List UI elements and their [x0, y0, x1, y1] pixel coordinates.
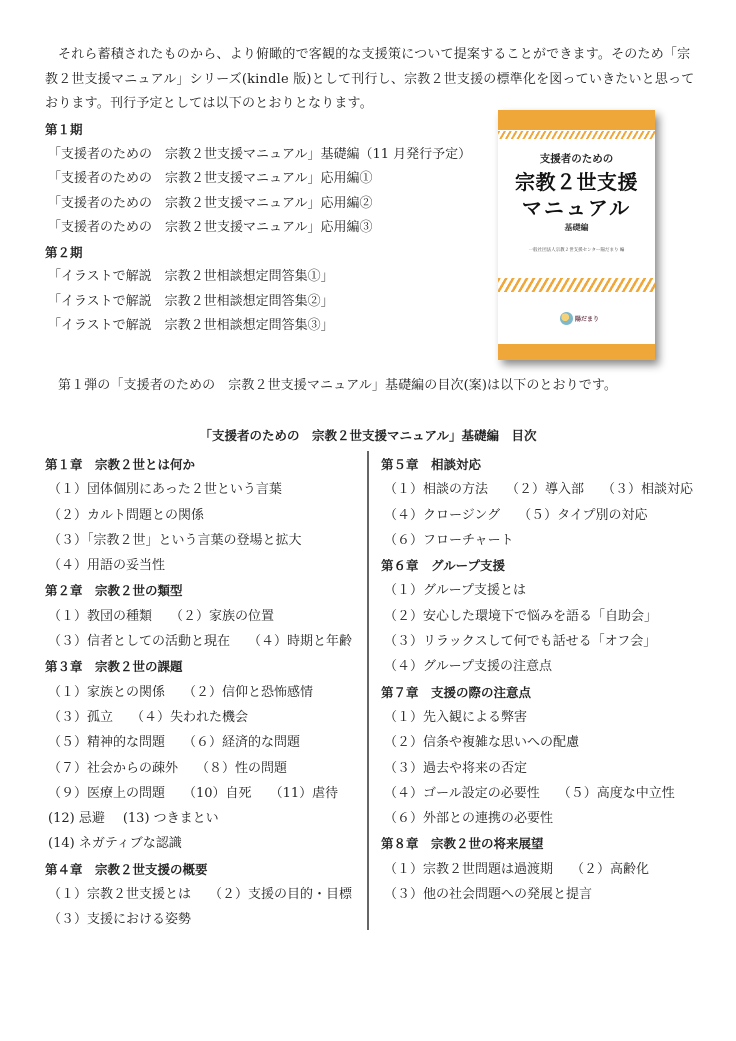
cover-bottom-band	[498, 344, 655, 360]
section-item: （５）精神的な問題	[48, 735, 165, 750]
section-item: （３）過去や将来の否定	[384, 761, 527, 776]
section-item: （２）導入部	[506, 482, 584, 497]
chapter-heading: 第８章 宗教２世の将来展望	[381, 831, 711, 856]
section-row: (14) ネガティブな認識	[45, 831, 365, 856]
section-item: （１）家族との関係	[48, 685, 165, 700]
section-item: （４）時期と年齢	[248, 634, 352, 649]
section-item: （１）先入観による弊害	[384, 710, 527, 725]
lead-sentence: 第１弾の「支援者のための 宗教２世支援マニュアル」基礎編の目次(案)は以下のとお…	[58, 374, 617, 393]
section-item: (12) 忌避	[48, 811, 105, 826]
cover-publisher: 一般社団法人宗教２世支援センター陽だまり 編	[498, 247, 655, 253]
section-item: （４）ゴール設定の必要性	[384, 786, 540, 801]
section-row: (12) 忌避(13) つきまとい	[45, 806, 365, 831]
section-item: （９）医療上の問題	[48, 786, 165, 801]
section-row: （５）精神的な問題（６）経済的な問題	[45, 730, 365, 755]
section-item: (13) つきまとい	[123, 811, 219, 826]
section-item: （５）高度な中立性	[558, 786, 675, 801]
section-row: （２）安心した環境下で悩みを語る「自助会」	[381, 604, 711, 629]
section-row: （３）信者としての活動と現在（４）時期と年齢	[45, 629, 365, 654]
schedule-item: 「支援者のための 宗教２世支援マニュアル」応用編②	[45, 192, 485, 217]
section-item: （２）家族の位置	[170, 609, 274, 624]
section-item: （８）性の問題	[196, 761, 287, 776]
cover-subtitle: 支援者のための	[498, 151, 655, 166]
schedule-item: 「支援者のための 宗教２世支援マニュアル」基礎編（11 月発行予定）	[45, 143, 485, 168]
book-cover-image: 支援者のための 宗教２世支援 マニュアル 基礎編 一般社団法人宗教２世支援センタ…	[498, 110, 655, 360]
section-item: （10）自死	[183, 786, 252, 801]
section-item: （３）相談対応	[602, 482, 693, 497]
toc-left-column: 第１章 宗教２世とは何か（１）団体個別にあった２世という言葉（２）カルト問題との…	[45, 452, 365, 933]
section-item: （６）フローチャート	[384, 533, 514, 548]
section-row: （２）カルト問題との関係	[45, 503, 365, 528]
schedule-item: 「支援者のための 宗教２世支援マニュアル」応用編①	[45, 167, 485, 192]
sun-logo-icon	[560, 312, 573, 325]
cover-title: 宗教２世支援	[498, 166, 655, 195]
section-row: （３）過去や将来の否定	[381, 756, 711, 781]
section-row: （３）孤立（４）失われた機会	[45, 705, 365, 730]
section-item: （２）安心した環境下で悩みを語る「自助会」	[384, 609, 657, 624]
section-item: （３）他の社会問題への発展と提言	[384, 887, 592, 902]
section-row: （１）宗教２世問題は過渡期（２）高齢化	[381, 857, 711, 882]
section-row: （３）支援における姿勢	[45, 907, 365, 932]
section-item: （１）宗教２世問題は過渡期	[384, 862, 553, 877]
section-row: （１）家族との関係（２）信仰と恐怖感情	[45, 680, 365, 705]
period-label: 第１期	[45, 118, 485, 143]
chapter-heading: 第２章 宗教２世の類型	[45, 578, 365, 603]
schedule-item: 「イラストで解説 宗教２世相談想定問答集①」	[45, 265, 485, 290]
chapter-heading: 第３章 宗教２世の課題	[45, 654, 365, 679]
section-row: （９）医療上の問題（10）自死（11）虐待	[45, 781, 365, 806]
section-row: （４）クロージング（５）タイプ別の対応	[381, 503, 711, 528]
section-item: （３）支援における姿勢	[48, 912, 191, 927]
section-item: （２）カルト問題との関係	[48, 508, 204, 523]
section-row: （１）宗教２世支援とは（２）支援の目的・目標	[45, 882, 365, 907]
section-row: （１）グループ支援とは	[381, 578, 711, 603]
section-item: （４）グループ支援の注意点	[384, 659, 552, 674]
intro-text: それら蓄積されたものから、より俯瞰的で客観的な支援策について提案することができま…	[45, 43, 695, 117]
section-item: （３）「宗教２世」という言葉の登場と拡大	[48, 533, 302, 548]
section-row: （７）社会からの疎外（８）性の問題	[45, 756, 365, 781]
section-item: (14) ネガティブな認識	[48, 836, 182, 851]
section-item: （１）グループ支援とは	[384, 583, 526, 598]
section-item: （６）経済的な問題	[183, 735, 300, 750]
publication-schedule: 第１期 「支援者のための 宗教２世支援マニュアル」基礎編（11 月発行予定） 「…	[45, 118, 485, 339]
section-row: （６）フローチャート	[381, 528, 711, 553]
publisher-logo: 陽だまり	[560, 311, 600, 327]
section-row: （３）「宗教２世」という言葉の登場と拡大	[45, 528, 365, 553]
schedule-item: 「イラストで解説 宗教２世相談想定問答集②」	[45, 290, 485, 315]
section-row: （１）教団の種類（２）家族の位置	[45, 604, 365, 629]
section-row: （４）ゴール設定の必要性（５）高度な中立性	[381, 781, 711, 806]
section-row: （３）リラックスして何でも話せる「オフ会」	[381, 629, 711, 654]
cover-title-line2: マニュアル	[498, 192, 655, 221]
cover-edition: 基礎編	[498, 222, 655, 233]
chapter-heading: 第４章 宗教２世支援の概要	[45, 857, 365, 882]
section-row: （４）用語の妥当性	[45, 553, 365, 578]
section-item: （７）社会からの疎外	[48, 761, 178, 776]
section-item: （２）高齢化	[571, 862, 649, 877]
section-item: （６）外部との連携の必要性	[384, 811, 553, 826]
section-item: （１）教団の種類	[48, 609, 152, 624]
intro-paragraph: それら蓄積されたものから、より俯瞰的で客観的な支援策について提案することができま…	[45, 43, 695, 117]
cover-stripes	[498, 278, 655, 292]
section-row: （１）団体個別にあった２世という言葉	[45, 477, 365, 502]
section-item: （３）信者としての活動と現在	[48, 634, 230, 649]
column-divider	[367, 451, 369, 930]
section-item: （５）タイプ別の対応	[518, 508, 647, 523]
section-row: （３）他の社会問題への発展と提言	[381, 882, 711, 907]
section-row: （１）相談の方法（２）導入部（３）相談対応	[381, 477, 711, 502]
section-item: （４）失われた機会	[131, 710, 248, 725]
toc-right-column: 第５章 相談対応（１）相談の方法（２）導入部（３）相談対応（４）クロージング（５…	[381, 452, 711, 907]
section-item: （４）クロージング	[384, 508, 500, 523]
schedule-item: 「イラストで解説 宗教２世相談想定問答集③」	[45, 314, 485, 339]
section-item: （３）リラックスして何でも話せる「オフ会」	[384, 634, 656, 649]
chapter-heading: 第５章 相談対応	[381, 452, 711, 477]
section-item: （４）用語の妥当性	[48, 558, 165, 573]
schedule-item: 「支援者のための 宗教２世支援マニュアル」応用編③	[45, 216, 485, 241]
section-item: （３）孤立	[48, 710, 113, 725]
toc-title: 「支援者のための 宗教２世支援マニュアル」基礎編 目次	[0, 426, 736, 444]
chapter-heading: 第７章 支援の際の注意点	[381, 680, 711, 705]
section-row: （１）先入観による弊害	[381, 705, 711, 730]
section-row: （６）外部との連携の必要性	[381, 806, 711, 831]
period-label: 第２期	[45, 241, 485, 266]
logo-text: 陽だまり	[575, 314, 599, 323]
section-item: （２）信条や複雑な思いへの配慮	[384, 735, 579, 750]
section-item: （２）信仰と恐怖感情	[183, 685, 313, 700]
section-item: （１）団体個別にあった２世という言葉	[48, 482, 282, 497]
section-item: （１）相談の方法	[384, 482, 488, 497]
chapter-heading: 第１章 宗教２世とは何か	[45, 452, 365, 477]
cover-stripes	[498, 131, 655, 139]
section-item: （１）宗教２世支援とは	[48, 887, 191, 902]
section-row: （４）グループ支援の注意点	[381, 654, 711, 679]
chapter-heading: 第６章 グループ支援	[381, 553, 711, 578]
section-item: （２）支援の目的・目標	[209, 887, 352, 902]
cover-top-band	[498, 110, 655, 130]
section-row: （２）信条や複雑な思いへの配慮	[381, 730, 711, 755]
section-item: （11）虐待	[270, 786, 339, 801]
